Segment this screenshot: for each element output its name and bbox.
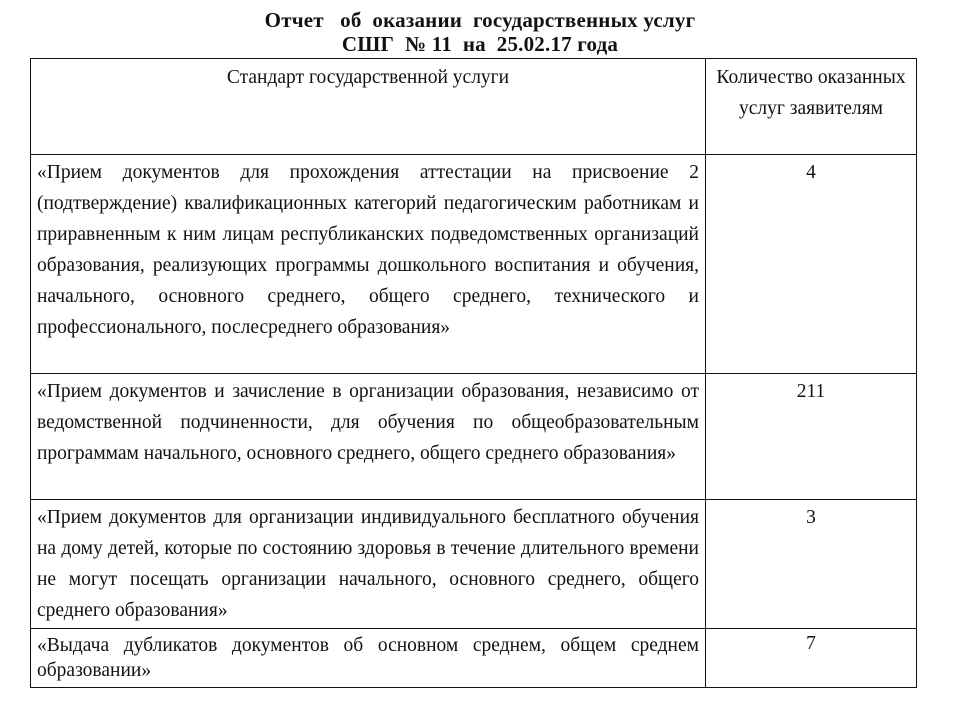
- report-title: Отчет об оказании государственных услуг: [0, 8, 960, 33]
- service-count: 3: [706, 500, 917, 629]
- service-count: 4: [706, 155, 917, 374]
- header-services-count: Количество оказанных услуг заявителям: [706, 59, 917, 155]
- services-table: Стандарт государственной услуги Количест…: [30, 58, 917, 688]
- table-header-row: Стандарт государственной услуги Количест…: [31, 59, 917, 155]
- service-description: «Прием документов для прохождения аттест…: [31, 155, 706, 374]
- table-row: «Прием документов и зачисление в организ…: [31, 374, 917, 500]
- header-service-standard: Стандарт государственной услуги: [31, 59, 706, 155]
- table-row: «Прием документов для прохождения аттест…: [31, 155, 917, 374]
- report-subtitle: СШГ № 11 на 25.02.17 года: [0, 32, 960, 57]
- table-row: «Выдача дубликатов документов об основно…: [31, 629, 917, 688]
- service-description: «Прием документов и зачисление в организ…: [31, 374, 706, 500]
- service-description: «Прием документов для организации индиви…: [31, 500, 706, 629]
- service-count: 7: [706, 629, 917, 688]
- service-count: 211: [706, 374, 917, 500]
- service-description: «Выдача дубликатов документов об основно…: [31, 629, 706, 688]
- table-row: «Прием документов для организации индиви…: [31, 500, 917, 629]
